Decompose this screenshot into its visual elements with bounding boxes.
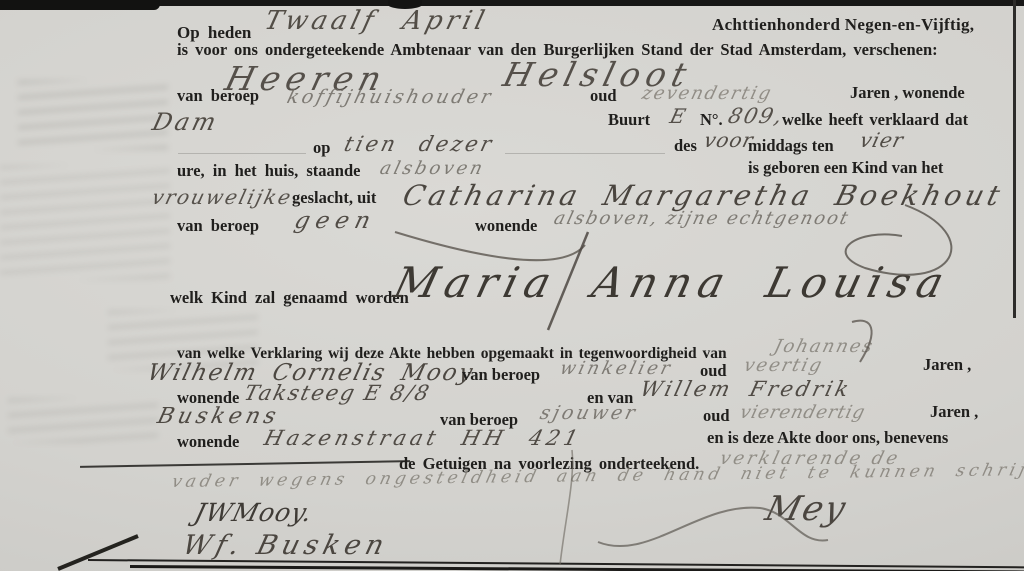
- printed-van-beroep-mother: van beroep: [177, 218, 259, 235]
- printed-child-named: welk Kind zal genaamd worden: [170, 290, 409, 307]
- printed-akte-close: en is deze Akte door ons, benevens: [707, 430, 948, 447]
- handwritten-witness2-surname: Buskens: [155, 406, 282, 428]
- struck-blank-line: [80, 460, 410, 468]
- handwritten-date: Twaalf April: [262, 8, 491, 34]
- bleed-through-text: [8, 398, 158, 443]
- handwritten-mother-residence: alsboven, zijne echtgenoot: [552, 210, 851, 228]
- bleed-through-text: [18, 80, 168, 150]
- handwritten-declarant-address: Dam: [150, 110, 221, 134]
- handwritten-house-ref: alsboven: [378, 160, 487, 178]
- handwritten-birth-day: tien dezer: [342, 134, 496, 155]
- ink-flourish: [395, 232, 585, 260]
- handwritten-witness2-first-name: Willem Fredrik: [638, 379, 854, 400]
- handwritten-note-line2: vader wegens ongesteldheid aan de hand n…: [170, 461, 1024, 491]
- printed-des-label: des: [674, 138, 697, 155]
- printed-born-child: is geboren een Kind van het: [748, 160, 943, 177]
- printed-geslacht-uit: geslacht, uit: [292, 190, 376, 207]
- signature-witness2: Wf. Busken: [180, 532, 391, 559]
- printed-year: Achttienhonderd Negen-en-Vijftig,: [712, 16, 974, 33]
- blank-line: [505, 153, 665, 154]
- printed-wonende-witness2: wonende: [177, 434, 239, 451]
- signature-registrar: Mey: [762, 492, 851, 526]
- printed-wonende-mother: wonende: [475, 218, 537, 235]
- signature-witness1: JWMooy.: [192, 500, 315, 525]
- printed-declared-that: welke heeft verklaard dat: [782, 112, 968, 129]
- printed-op-label: op: [313, 140, 330, 157]
- handwritten-witness1-address: Taksteeg E 8/8: [242, 383, 433, 404]
- handwritten-witness1-occupation: winkelier: [558, 360, 675, 378]
- printed-op-heden: Op heden: [177, 24, 251, 41]
- handwritten-witness1-first-name: Johannes: [772, 338, 876, 356]
- printed-oud-declarant: oud: [590, 88, 617, 105]
- printed-buurt-label: Buurt: [608, 112, 650, 129]
- handwritten-buurt-letter: E: [668, 106, 689, 126]
- handwritten-gender: vrouwelijke: [150, 187, 295, 207]
- printed-jaren-witness2: Jaren ,: [930, 404, 978, 421]
- printed-jaren-wonende: Jaren , wonende: [850, 85, 965, 102]
- birth-certificate-scan: Op heden Twaalf April Achttienhonderd Ne…: [0, 0, 1024, 571]
- printed-number-label: N°.: [700, 112, 723, 129]
- handwritten-witness2-occupation: sjouwer: [538, 404, 640, 423]
- handwritten-mother-occupation: geen: [292, 210, 379, 233]
- handwritten-witness2-address: Hazenstraat HH 421: [262, 428, 584, 449]
- printed-middags-ten: middags ten: [748, 138, 834, 155]
- page-fold-line: [1013, 0, 1016, 318]
- printed-van-beroep-witness1: van beroep: [462, 367, 540, 384]
- printed-ure-house: ure, in het huis, staande: [177, 163, 360, 180]
- handwritten-child-name: Maria Anna Louisa: [390, 262, 955, 304]
- handwritten-mother-name: Catharina Margaretha Boekhout: [400, 182, 1006, 210]
- printed-van-beroep-declarant: van beroep: [177, 88, 259, 105]
- scan-top-edge-left: [0, 0, 160, 10]
- handwritten-birth-hour: vier: [858, 130, 906, 150]
- blank-line: [178, 153, 306, 154]
- printed-jaren-witness1: Jaren ,: [923, 357, 971, 374]
- handwritten-witness2-age: vierendertig: [738, 404, 867, 422]
- handwritten-declarant-occupation: koffijhuishouder: [285, 88, 495, 107]
- printed-oud-witness2: oud: [703, 408, 730, 425]
- handwritten-house-number: 809,: [726, 106, 786, 127]
- handwritten-declarant-age: zevendertig: [640, 85, 774, 103]
- bleed-through-text: [0, 165, 170, 280]
- handwritten-witness1-age: veertig: [742, 357, 825, 375]
- ink-flourish: [58, 536, 138, 569]
